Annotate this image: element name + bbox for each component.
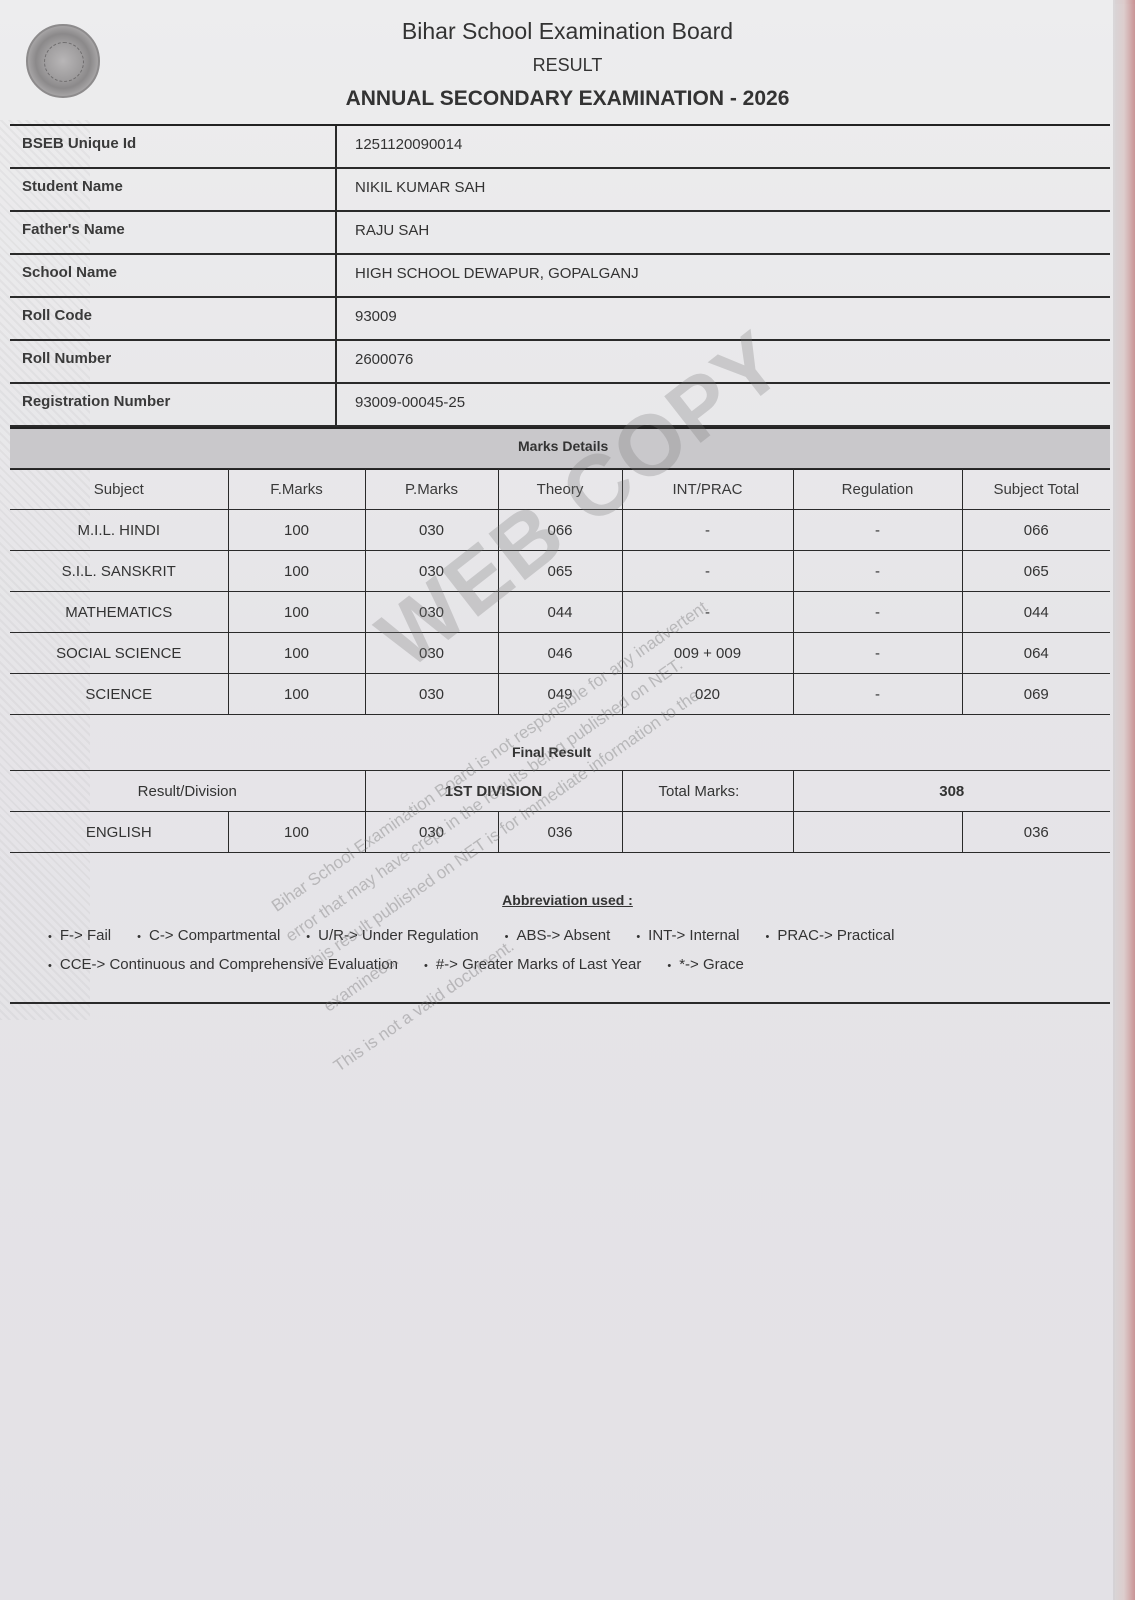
table-row: M.I.L. HINDI100030066--066 [10, 510, 1110, 551]
subject-cell: SOCIAL SCIENCE [10, 633, 228, 674]
abbreviation-title: Abbreviation used : [0, 892, 1135, 908]
theory-cell: 046 [498, 633, 622, 674]
f-marks-cell: 100 [228, 812, 365, 853]
info-row-unique-id: BSEB Unique Id 1251120090014 [10, 126, 1110, 169]
subject-total-cell: 066 [962, 510, 1110, 551]
int-prac-cell [622, 812, 793, 853]
theory-cell: 036 [498, 812, 622, 853]
abbreviation-item: F-> Fail [48, 922, 111, 951]
abbreviation-item: C-> Compartmental [137, 922, 280, 951]
col-int-prac: INT/PRAC [622, 469, 793, 510]
table-row: MATHEMATICS100030044--044 [10, 592, 1110, 633]
info-value: RAJU SAH [337, 212, 1110, 253]
subject-cell: MATHEMATICS [10, 592, 228, 633]
int-prac-cell: 009 + 009 [622, 633, 793, 674]
table-row: S.I.L. SANSKRIT100030065--065 [10, 551, 1110, 592]
result-division-row: Result/Division 1ST DIVISION Total Marks… [10, 771, 1110, 812]
abbreviation-item: INT-> Internal [636, 922, 739, 951]
abbreviation-item: PRAC-> Practical [765, 922, 894, 951]
theory-cell: 065 [498, 551, 622, 592]
page-edge [1113, 0, 1135, 1600]
info-row-registration-number: Registration Number 93009-00045-25 [10, 384, 1110, 427]
info-label: School Name [10, 255, 337, 296]
subject-cell: M.I.L. HINDI [10, 510, 228, 551]
info-row-school-name: School Name HIGH SCHOOL DEWAPUR, GOPALGA… [10, 255, 1110, 298]
marks-header-row: Subject F.Marks P.Marks Theory INT/PRAC … [10, 469, 1110, 510]
marks-table: Subject F.Marks P.Marks Theory INT/PRAC … [10, 468, 1110, 715]
regulation-cell [793, 812, 962, 853]
abbreviation-item: U/R-> Under Regulation [306, 922, 478, 951]
info-row-roll-number: Roll Number 2600076 [10, 341, 1110, 384]
divider [10, 1002, 1110, 1004]
int-prac-cell: - [622, 592, 793, 633]
info-value: 93009-00045-25 [337, 384, 1110, 425]
info-label: Roll Number [10, 341, 337, 382]
table-row: SCIENCE100030049020-069 [10, 674, 1110, 715]
table-row-english: ENGLISH 100 030 036 036 [10, 812, 1110, 853]
total-marks-label: Total Marks: [622, 771, 793, 812]
table-row: SOCIAL SCIENCE100030046009 + 009-064 [10, 633, 1110, 674]
total-marks-value: 308 [793, 771, 1110, 812]
f-marks-cell: 100 [228, 551, 365, 592]
abbreviation-item: #-> Greater Marks of Last Year [424, 951, 641, 980]
theory-cell: 066 [498, 510, 622, 551]
marks-body: M.I.L. HINDI100030066--066S.I.L. SANSKRI… [10, 510, 1110, 715]
marks-details-header: Marks Details [10, 427, 1110, 470]
regulation-cell: - [793, 551, 962, 592]
subject-cell: SCIENCE [10, 674, 228, 715]
info-label: Registration Number [10, 384, 337, 425]
p-marks-cell: 030 [365, 812, 498, 853]
abbreviation-item: *-> Grace [667, 951, 743, 980]
info-row-roll-code: Roll Code 93009 [10, 298, 1110, 341]
col-subject: Subject [10, 469, 228, 510]
col-theory: Theory [498, 469, 622, 510]
final-result-table: Result/Division 1ST DIVISION Total Marks… [10, 770, 1110, 853]
int-prac-cell: - [622, 551, 793, 592]
result-division-value: 1ST DIVISION [365, 771, 622, 812]
int-prac-cell: 020 [622, 674, 793, 715]
subject-total-cell: 044 [962, 592, 1110, 633]
p-marks-cell: 030 [365, 551, 498, 592]
col-p-marks: P.Marks [365, 469, 498, 510]
f-marks-cell: 100 [228, 510, 365, 551]
info-value: NIKIL KUMAR SAH [337, 169, 1110, 210]
info-value: HIGH SCHOOL DEWAPUR, GOPALGANJ [337, 255, 1110, 296]
regulation-cell: - [793, 592, 962, 633]
regulation-cell: - [793, 674, 962, 715]
regulation-cell: - [793, 510, 962, 551]
p-marks-cell: 030 [365, 510, 498, 551]
info-label: Student Name [10, 169, 337, 210]
subject-total-cell: 065 [962, 551, 1110, 592]
abbreviation-item: CCE-> Continuous and Comprehensive Evalu… [48, 951, 398, 980]
p-marks-cell: 030 [365, 674, 498, 715]
subject-total-cell: 064 [962, 633, 1110, 674]
regulation-cell: - [793, 633, 962, 674]
p-marks-cell: 030 [365, 633, 498, 674]
info-value: 1251120090014 [337, 126, 1110, 167]
exam-title: ANNUAL SECONDARY EXAMINATION - 2026 [0, 87, 1135, 111]
subject-total-cell: 036 [962, 812, 1110, 853]
board-name: Bihar School Examination Board [0, 18, 1135, 45]
info-value: 2600076 [337, 341, 1110, 382]
info-row-father-name: Father's Name RAJU SAH [10, 212, 1110, 255]
final-result-title: Final Result [512, 744, 591, 760]
f-marks-cell: 100 [228, 592, 365, 633]
p-marks-cell: 030 [365, 592, 498, 633]
info-label: Father's Name [10, 212, 337, 253]
marks-details-title: Marks Details [518, 438, 608, 454]
abbreviation-item: ABS-> Absent [505, 922, 611, 951]
result-division-label: Result/Division [10, 771, 365, 812]
abbreviation-list: F-> FailC-> CompartmentalU/R-> Under Reg… [48, 922, 1088, 980]
subject-cell: ENGLISH [10, 812, 228, 853]
subject-cell: S.I.L. SANSKRIT [10, 551, 228, 592]
info-label: Roll Code [10, 298, 337, 339]
int-prac-cell: - [622, 510, 793, 551]
info-value: 93009 [337, 298, 1110, 339]
info-label: BSEB Unique Id [10, 126, 337, 167]
subject-total-cell: 069 [962, 674, 1110, 715]
col-subject-total: Subject Total [962, 469, 1110, 510]
theory-cell: 044 [498, 592, 622, 633]
info-row-student-name: Student Name NIKIL KUMAR SAH [10, 169, 1110, 212]
student-info-table: BSEB Unique Id 1251120090014 Student Nam… [10, 124, 1110, 427]
col-f-marks: F.Marks [228, 469, 365, 510]
col-regulation: Regulation [793, 469, 962, 510]
document-type: RESULT [0, 55, 1135, 76]
theory-cell: 049 [498, 674, 622, 715]
result-sheet: Bihar School Examination Board RESULT AN… [0, 0, 1115, 1600]
f-marks-cell: 100 [228, 674, 365, 715]
f-marks-cell: 100 [228, 633, 365, 674]
